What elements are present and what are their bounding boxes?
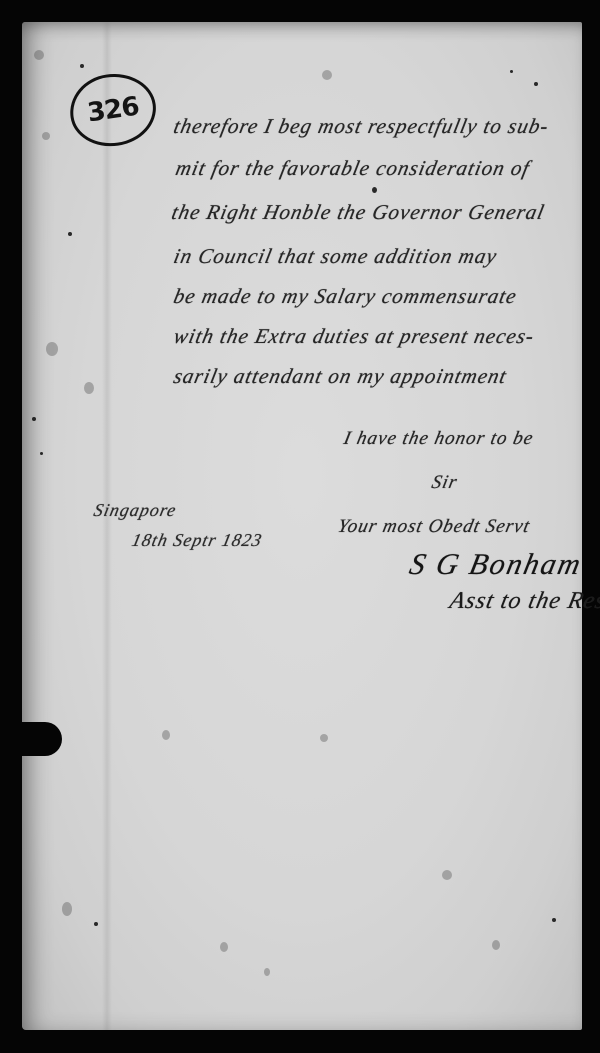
foxing-spot xyxy=(84,382,94,394)
body-line-6: with the Extra duties at present neces- xyxy=(171,324,536,349)
foxing-spot xyxy=(34,50,44,60)
ink-spot xyxy=(94,922,98,926)
foxing-spot xyxy=(220,942,228,952)
ink-spot xyxy=(372,187,377,193)
foxing-spot xyxy=(46,342,58,356)
body-line-7: sarily attendant on my appointment xyxy=(171,364,509,389)
manuscript-page: 326 therefore I beg most respectfully to… xyxy=(22,22,582,1030)
closing-line-2: Sir xyxy=(430,472,460,494)
foxing-spot xyxy=(322,70,332,80)
body-line-1: therefore I beg most respectfully to sub… xyxy=(171,114,551,139)
dateline-date: 18th Septr 1823 xyxy=(130,530,264,551)
foxing-spot xyxy=(42,132,50,140)
foxing-spot xyxy=(162,730,170,740)
ink-spot xyxy=(32,417,36,421)
closing-line-1: I have the honor to be xyxy=(342,428,536,450)
ink-spot xyxy=(68,232,72,236)
foxing-spot xyxy=(264,968,270,976)
paper-fold-line xyxy=(102,22,112,1030)
ink-spot xyxy=(510,70,513,73)
foxing-spot xyxy=(442,870,452,880)
foxing-spot xyxy=(492,940,500,950)
body-line-2: mit for the favorable consideration of xyxy=(173,156,532,181)
signature-title: Asst to the Resdt xyxy=(447,588,600,615)
ink-spot xyxy=(80,64,84,68)
binding-notch xyxy=(22,722,62,756)
body-line-3: the Right Honble the Governor General xyxy=(169,200,547,225)
ink-spot xyxy=(552,918,556,922)
signature-name: S G Bonham xyxy=(406,548,585,582)
ink-spot xyxy=(534,82,538,86)
page-number-circle: 326 xyxy=(65,68,160,151)
closing-line-3: Your most Obedt Servt xyxy=(336,516,533,538)
page-number: 326 xyxy=(86,92,141,129)
foxing-spot xyxy=(62,902,72,916)
body-line-4: in Council that some addition may xyxy=(171,244,499,269)
ink-spot xyxy=(40,452,43,455)
body-line-5: be made to my Salary commensurate xyxy=(171,284,519,309)
dateline-place: Singapore xyxy=(92,500,179,521)
foxing-spot xyxy=(320,734,328,742)
